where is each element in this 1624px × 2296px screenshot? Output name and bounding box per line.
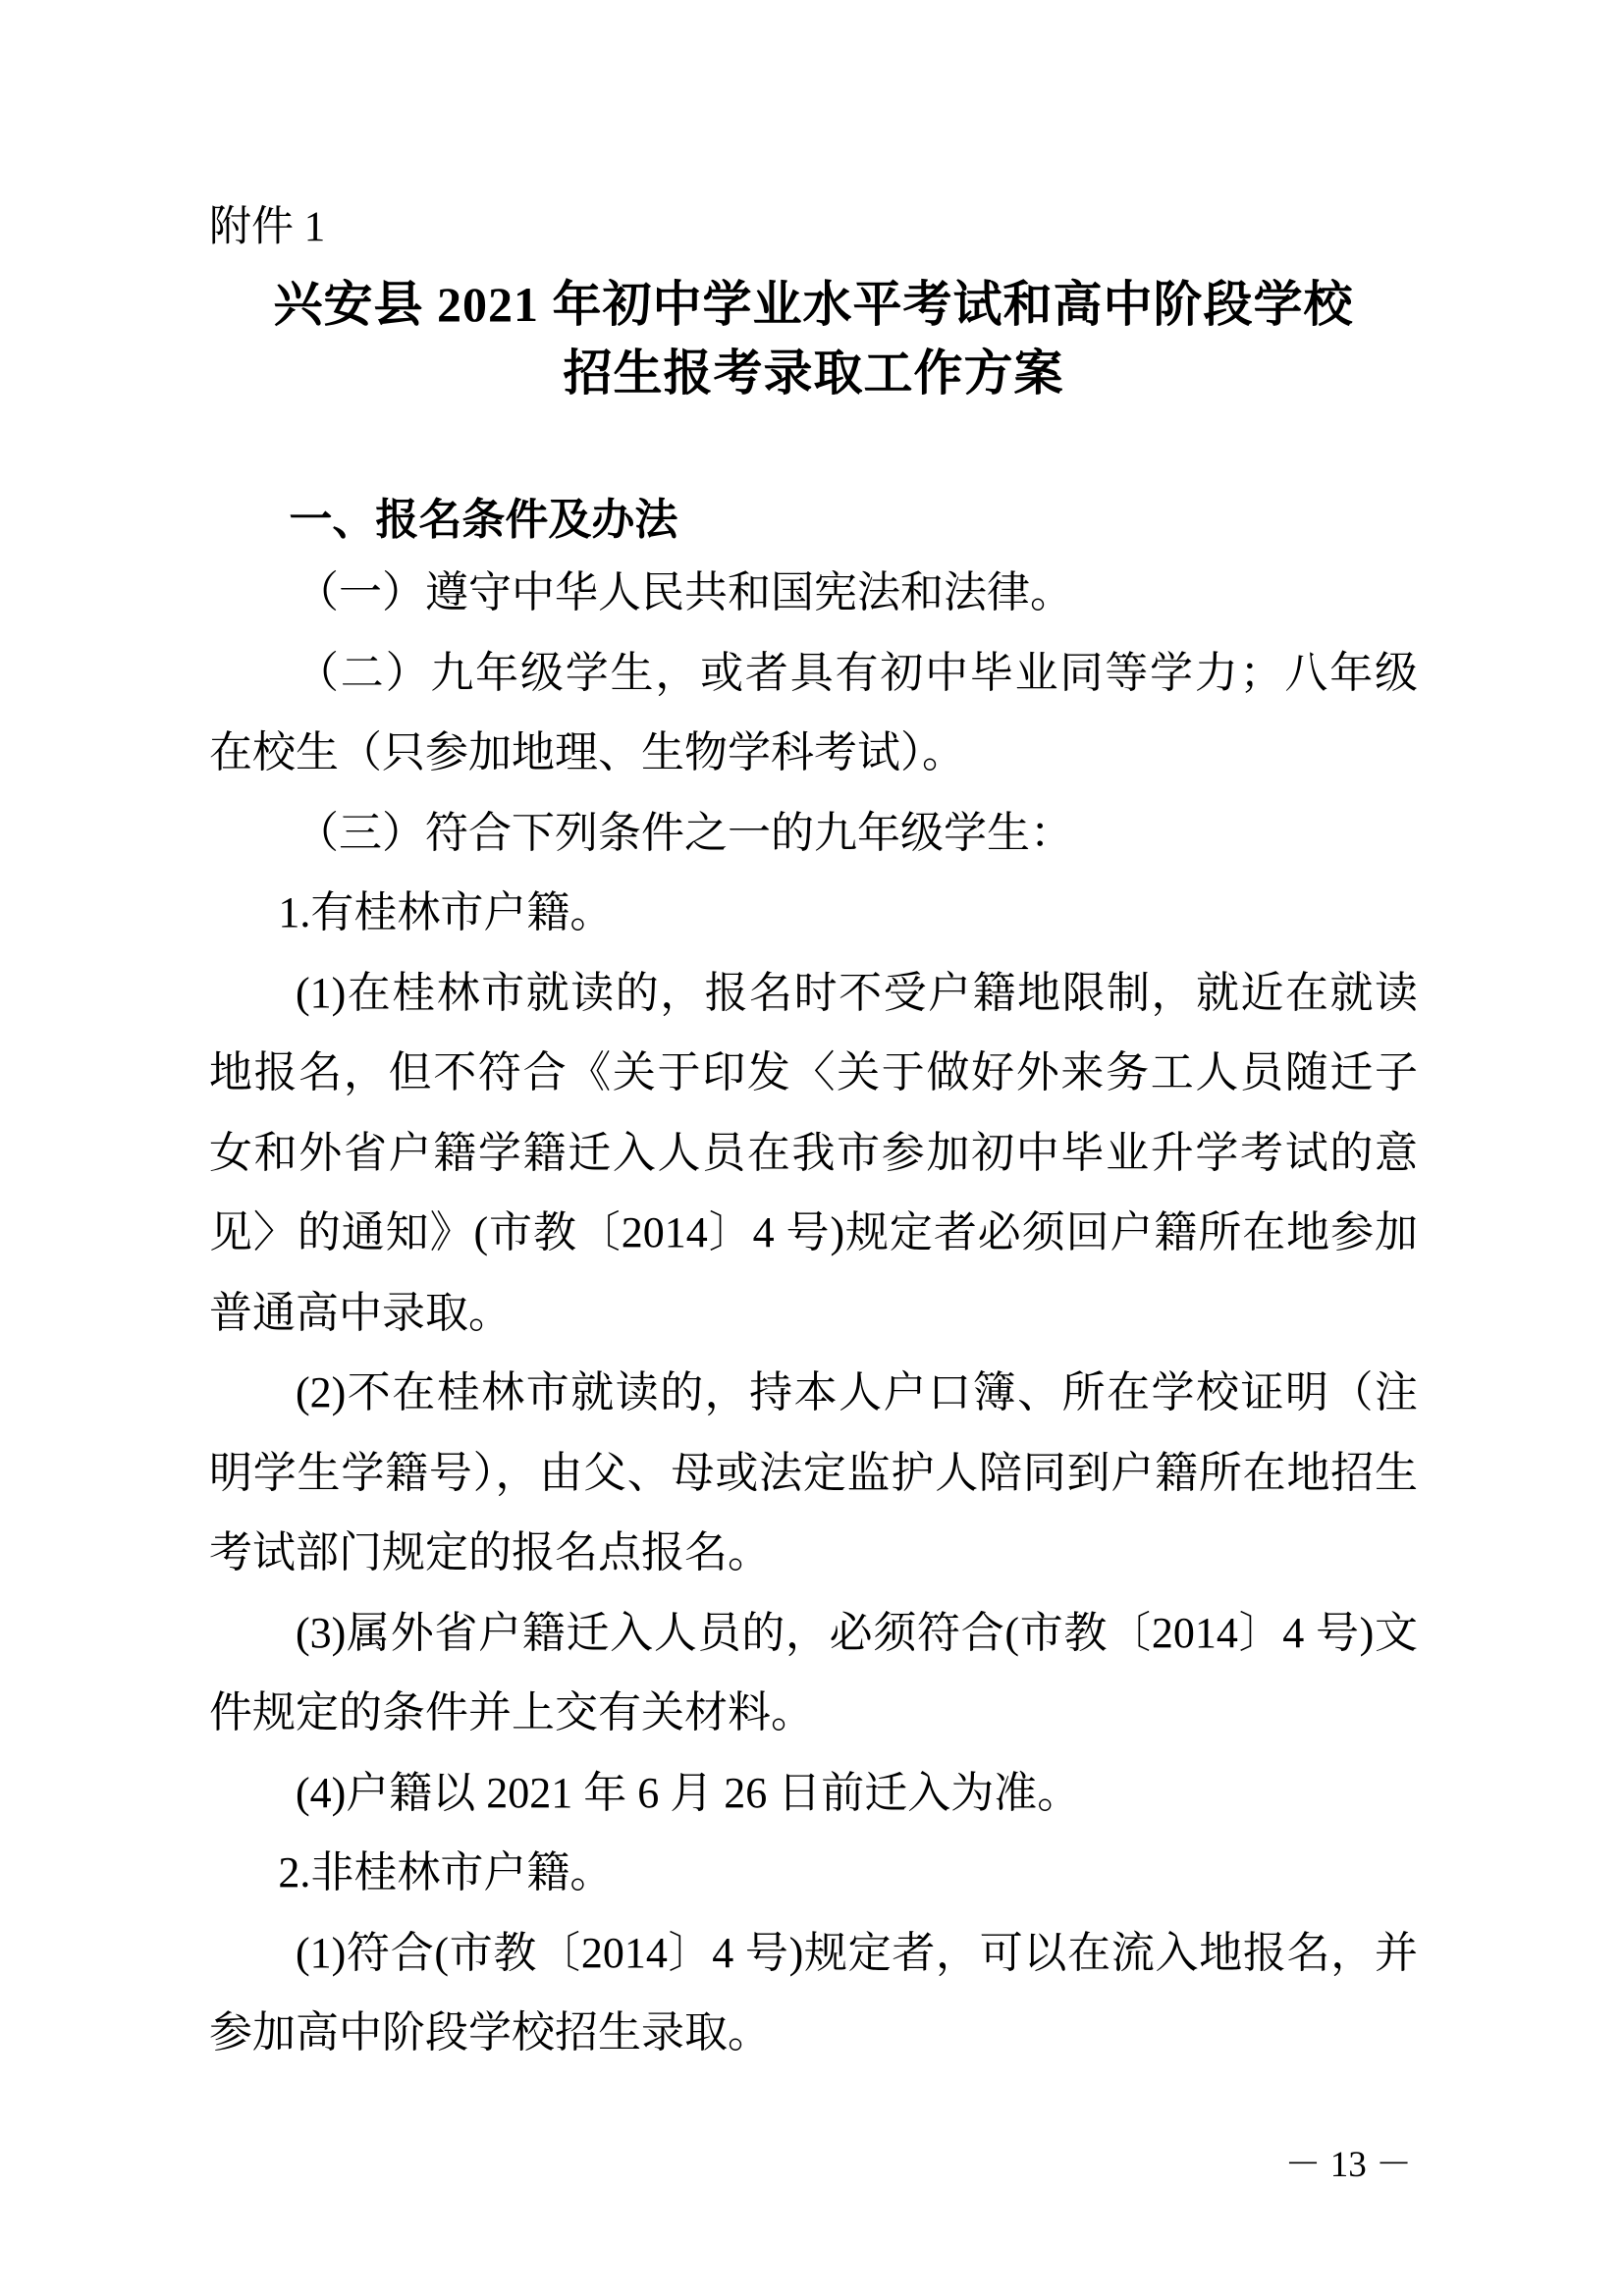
section-heading: 一、报名条件及办法 [209,496,1418,545]
paragraph-item-1: （一）遵守中华人民共和国宪法和法律。 [209,553,1418,633]
paragraph-sub-3: (3)属外省户籍迁入人员的，必须符合(市教〔2014〕4 号)文件规定的条件并上… [209,1593,1418,1753]
paragraph-item-2: （二）九年级学生，或者具有初中毕业同等学力；八年级在校生（只参加地理、生物学科考… [209,633,1418,793]
paragraph-sub-5: (1)符合(市教〔2014〕4 号)规定者，可以在流入地报名，并参加高中阶段学校… [209,1913,1418,2073]
paragraph-item-3: （三）符合下列条件之一的九年级学生： [209,793,1418,874]
document-title-line2: 招生报考录取工作方案 [209,339,1418,407]
paragraph-numbered-2: 2.非桂林市户籍。 [209,1833,1418,1913]
document-title-line1: 兴安县 2021 年初中学业水平考试和高中阶段学校 [209,270,1418,339]
paragraph-sub-4: (4)户籍以 2021 年 6 月 26 日前迁入为准。 [209,1753,1418,1834]
paragraph-sub-2: (2)不在桂林市就读的，持本人户口簿、所在学校证明（注明学生学籍号），由父、母或… [209,1353,1418,1593]
attachment-label: 附件 1 [209,204,1418,250]
paragraph-numbered-1: 1.有桂林市户籍。 [209,873,1418,953]
paragraph-sub-1: (1)在桂林市就读的，报名时不受户籍地限制，就近在就读地报名，但不符合《关于印发… [209,953,1418,1354]
document-page: 附件 1 兴安县 2021 年初中学业水平考试和高中阶段学校 招生报考录取工作方… [0,0,1624,2296]
document-title: 兴安县 2021 年初中学业水平考试和高中阶段学校 招生报考录取工作方案 [209,270,1418,407]
page-number: － 13 － [1285,2145,1413,2186]
